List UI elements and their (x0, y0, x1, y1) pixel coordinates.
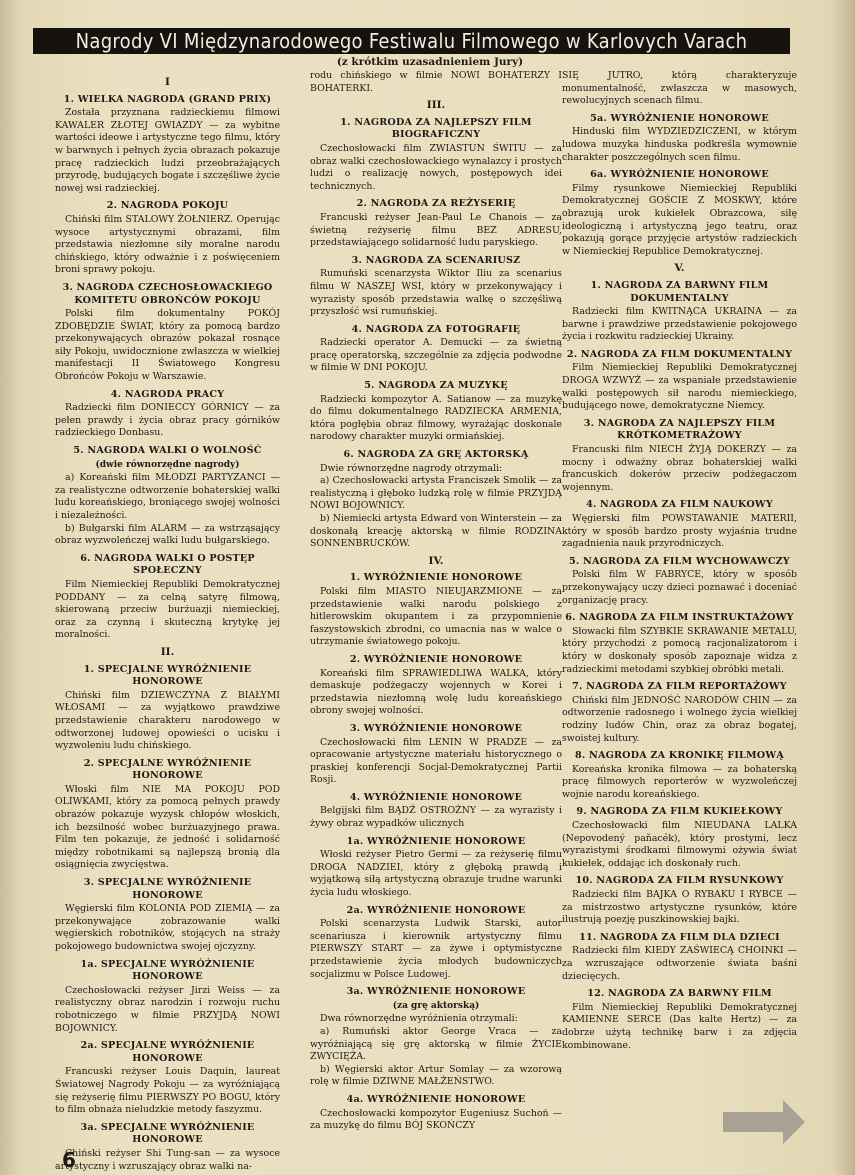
section-numeral: II. (55, 646, 280, 659)
column-2: rodu chińskiego w filmie NOWI BOHATERZY … (310, 70, 562, 1133)
award-heading: 1a. WYRÓŻNIENIE HONOROWE (310, 836, 562, 849)
award-text: Chiński reżyser Shi Tung-san — za wysoce… (55, 1148, 280, 1173)
award-text: a) Czechosłowacki artysta Franciszek Smo… (310, 475, 562, 513)
award-text: Polski film dokumentalny POKÓJ ZDOBĘDZIE… (55, 308, 280, 384)
award-text: Chiński film JEDNOŚĆ NARODÓW CHIN — za o… (562, 695, 797, 745)
magazine-page: Nagrody VI Międzynarodowego Festiwalu Fi… (0, 0, 855, 1175)
award-heading: 1. NAGRODA ZA BARWNY FILM DOKUMENTALNY (562, 280, 797, 305)
award-text: Chiński film DZIEWCZYNA Z BIAŁYMI WŁOSAM… (55, 690, 280, 753)
award-text: Polski scenarzysta Ludwik Starski, autor… (310, 918, 562, 981)
award-heading: 6a. WYRÓŻNIENIE HONOROWE (562, 169, 797, 182)
award-heading: 2. NAGRODA ZA REŻYSERIĘ (310, 198, 562, 211)
award-heading: 1. NAGRODA ZA NAJLEPSZY FILM BIOGRAFICZN… (310, 117, 562, 142)
award-heading: 3. NAGRODA CZECHOSŁOWACKIEGO KOMITETU OB… (55, 282, 280, 307)
award-text: b) Niemiecki artysta Edward von Winterst… (310, 513, 562, 551)
award-heading: 1a. SPECJALNE WYRÓŻNIENIE HONOROWE (55, 959, 280, 984)
column-3: SIĘ JUTRO, którą charakteryzuje monument… (562, 70, 797, 1052)
award-text: Koreański film SPRAWIEDLIWA WALKA, który… (310, 668, 562, 718)
award-heading: 2. SPECJALNE WYRÓŻNIENIE HONOROWE (55, 758, 280, 783)
award-heading: 5. NAGRODA ZA FILM WYCHOWAWCZY (562, 556, 797, 569)
award-heading: 3. SPECJALNE WYRÓŻNIENIE HONOROWE (55, 877, 280, 902)
award-text: Francuski reżyser Jean-Paul Le Chanois —… (310, 212, 562, 250)
award-text: Hinduski film WYDZIEDZICZENI, w którym l… (562, 126, 797, 164)
award-heading: 1. WYRÓŻNIENIE HONOROWE (310, 572, 562, 585)
award-text: Rumuński scenarzysta Wiktor Iliu za scen… (310, 268, 562, 318)
award-heading: 3a. SPECJALNE WYRÓŻNIENIE HONOROWE (55, 1122, 280, 1147)
page-number: 6 (62, 1148, 76, 1172)
award-heading: 4. NAGRODA ZA FILM NAUKOWY (562, 499, 797, 512)
award-text: Chiński film STALOWY ŻOŁNIERZ. Operując … (55, 214, 280, 277)
award-text: b) Węgierski aktor Artur Somlay — za wzo… (310, 1064, 562, 1089)
award-text: Czechosłowacki film LENIN W PRADZE — za … (310, 737, 562, 787)
column-1: I1. WIELKA NAGRODA (GRAND PRIX)Została p… (55, 72, 280, 1173)
award-heading: 7. NAGRODA ZA FILM REPORTAŻOWY (562, 681, 797, 694)
award-text: b) Bułgarski film ALARM — za wstrząsając… (55, 523, 280, 548)
award-heading: 9. NAGRODA ZA FILM KUKIEŁKOWY (562, 806, 797, 819)
award-heading: 3. WYRÓŻNIENIE HONOROWE (310, 723, 562, 736)
award-text: Czechosłowacki film ZWIASTUN ŚWITU — za … (310, 143, 562, 193)
arrow-right-icon (723, 1112, 783, 1132)
section-numeral: IV. (310, 555, 562, 568)
award-heading: 2. NAGRODA ZA FILM DOKUMENTALNY (562, 349, 797, 362)
award-heading: 4. NAGRODA ZA FOTOGRAFIĘ (310, 324, 562, 337)
award-heading: 2a. SPECJALNE WYRÓŻNIENIE HONOROWE (55, 1040, 280, 1065)
award-text: Węgierski film POWSTAWANIE MATERII, któr… (562, 513, 797, 551)
award-heading: 3a. WYRÓŻNIENIE HONOROWE (310, 986, 562, 999)
award-heading: 8. NAGRODA ZA KRONIKĘ FILMOWĄ (562, 750, 797, 763)
section-numeral: I (55, 76, 280, 89)
award-text: Radziecki kompozytor A. Satianow — za mu… (310, 394, 562, 444)
article-subtitle: (z krótkim uzasadnieniem Jury) (295, 56, 565, 68)
award-text: Polski film MIASTO NIEUJARZMIONE — za pr… (310, 586, 562, 649)
award-subheading: (dwie równorzędne nagrody) (55, 459, 280, 472)
award-text: Słowacki film SZYBKIE SKRAWANIE METALU, … (562, 626, 797, 676)
award-text: Polski film W FABRYCE, który w sposób pr… (562, 569, 797, 607)
award-text-continued: rodu chińskiego w filmie NOWI BOHATERZY … (310, 70, 562, 95)
award-text: Włoski reżyser Pietro Germi — za reżyser… (310, 849, 562, 899)
award-heading: 3. NAGRODA ZA SCENARIUSZ (310, 255, 562, 268)
award-heading: 4a. WYRÓŻNIENIE HONOROWE (310, 1094, 562, 1107)
award-heading: 1. SPECJALNE WYRÓŻNIENIE HONOROWE (55, 664, 280, 689)
award-text: Radziecki film KIEDY ZAŚWIECĄ CHOINKI — … (562, 945, 797, 983)
award-heading: 3. NAGRODA ZA NAJLEPSZY FILM KRÓTKOMETRA… (562, 418, 797, 443)
award-text: Czechosłowacki reżyser Jirzi Weiss — za … (55, 985, 280, 1035)
award-text: Czechosłowacki film NIEUDANA LALKA (Nepo… (562, 820, 797, 870)
award-text: Została przyznana radzieckiemu filmowi K… (55, 107, 280, 195)
award-text: Film Niemieckiej Republiki Demokratyczne… (55, 579, 280, 642)
award-text: Dwa równorzędne wyróżnienia otrzymali: (310, 1013, 562, 1026)
award-heading: 4. WYRÓŻNIENIE HONOROWE (310, 792, 562, 805)
award-heading: 2. WYRÓŻNIENIE HONOROWE (310, 654, 562, 667)
award-heading: 5a. WYRÓŻNIENIE HONOROWE (562, 113, 797, 126)
award-heading: 12. NAGRODA ZA BARWNY FILM (562, 988, 797, 1001)
award-text: Radziecki film BAJKA O RYBAKU I RYBCE — … (562, 889, 797, 927)
award-text: a) Rumuński aktor George Vraca — za wyró… (310, 1026, 562, 1064)
award-subheading: (za grę aktorską) (310, 1000, 562, 1013)
award-heading: 5. NAGRODA WALKI O WOLNOŚĆ (55, 445, 280, 458)
award-heading: 6. NAGRODA ZA FILM INSTRUKTAŻOWY (562, 612, 797, 625)
section-numeral: V. (562, 262, 797, 275)
award-heading: 4. NAGRODA PRACY (55, 389, 280, 402)
award-heading: 2. NAGRODA POKOJU (55, 200, 280, 213)
award-text: Dwie równorzędne nagrody otrzymali: (310, 463, 562, 476)
award-text: Film Niemieckiej Republiki Demokratyczne… (562, 1002, 797, 1052)
award-text: Węgierski film KOLONIA POD ZIEMIĄ — za p… (55, 903, 280, 953)
award-heading: 6. NAGRODA ZA GRĘ AKTORSKĄ (310, 449, 562, 462)
award-heading: 2a. WYRÓŻNIENIE HONOROWE (310, 905, 562, 918)
award-text: a) Koreański film MŁODZI PARTYZANCI — za… (55, 472, 280, 522)
award-text: Włoski film NIE MA POKOJU POD OLIWKAMI, … (55, 784, 280, 872)
award-text: Koreańska kronika filmowa — za bohatersk… (562, 764, 797, 802)
award-heading: 1. WIELKA NAGRODA (GRAND PRIX) (55, 94, 280, 107)
award-text: Francuski reżyser Louis Daquin, laureat … (55, 1066, 280, 1116)
award-heading: 10. NAGRODA ZA FILM RYSUNKOWY (562, 875, 797, 888)
award-text: Francuski film NIECH ŻYJĄ DOKERZY — za m… (562, 444, 797, 494)
award-heading: 6. NAGRODA WALKI O POSTĘP SPOŁECZNY (55, 553, 280, 578)
award-text: Czechosłowacki kompozytor Eugeniusz Such… (310, 1108, 562, 1133)
section-numeral: III. (310, 99, 562, 112)
award-text: Film Niemieckiej Republiki Demokratyczne… (562, 362, 797, 412)
award-text: Radziecki film DONIECCY GÓRNICY — za peł… (55, 402, 280, 440)
award-heading: 11. NAGRODA ZA FILM DLA DZIECI (562, 932, 797, 945)
award-text: Radziecki film KWITNĄCA UKRAINA — za bar… (562, 306, 797, 344)
award-text-continued: SIĘ JUTRO, którą charakteryzuje monument… (562, 70, 797, 108)
award-text: Filmy rysunkowe Niemieckiej Republiki De… (562, 183, 797, 259)
award-heading: 5. NAGRODA ZA MUZYKĘ (310, 380, 562, 393)
article-title: Nagrody VI Międzynarodowego Festiwalu Fi… (33, 28, 790, 54)
award-text: Belgijski film BĄDŹ OSTROŻNY — za wyrazi… (310, 805, 562, 830)
award-text: Radziecki operator A. Demucki — za świet… (310, 337, 562, 375)
